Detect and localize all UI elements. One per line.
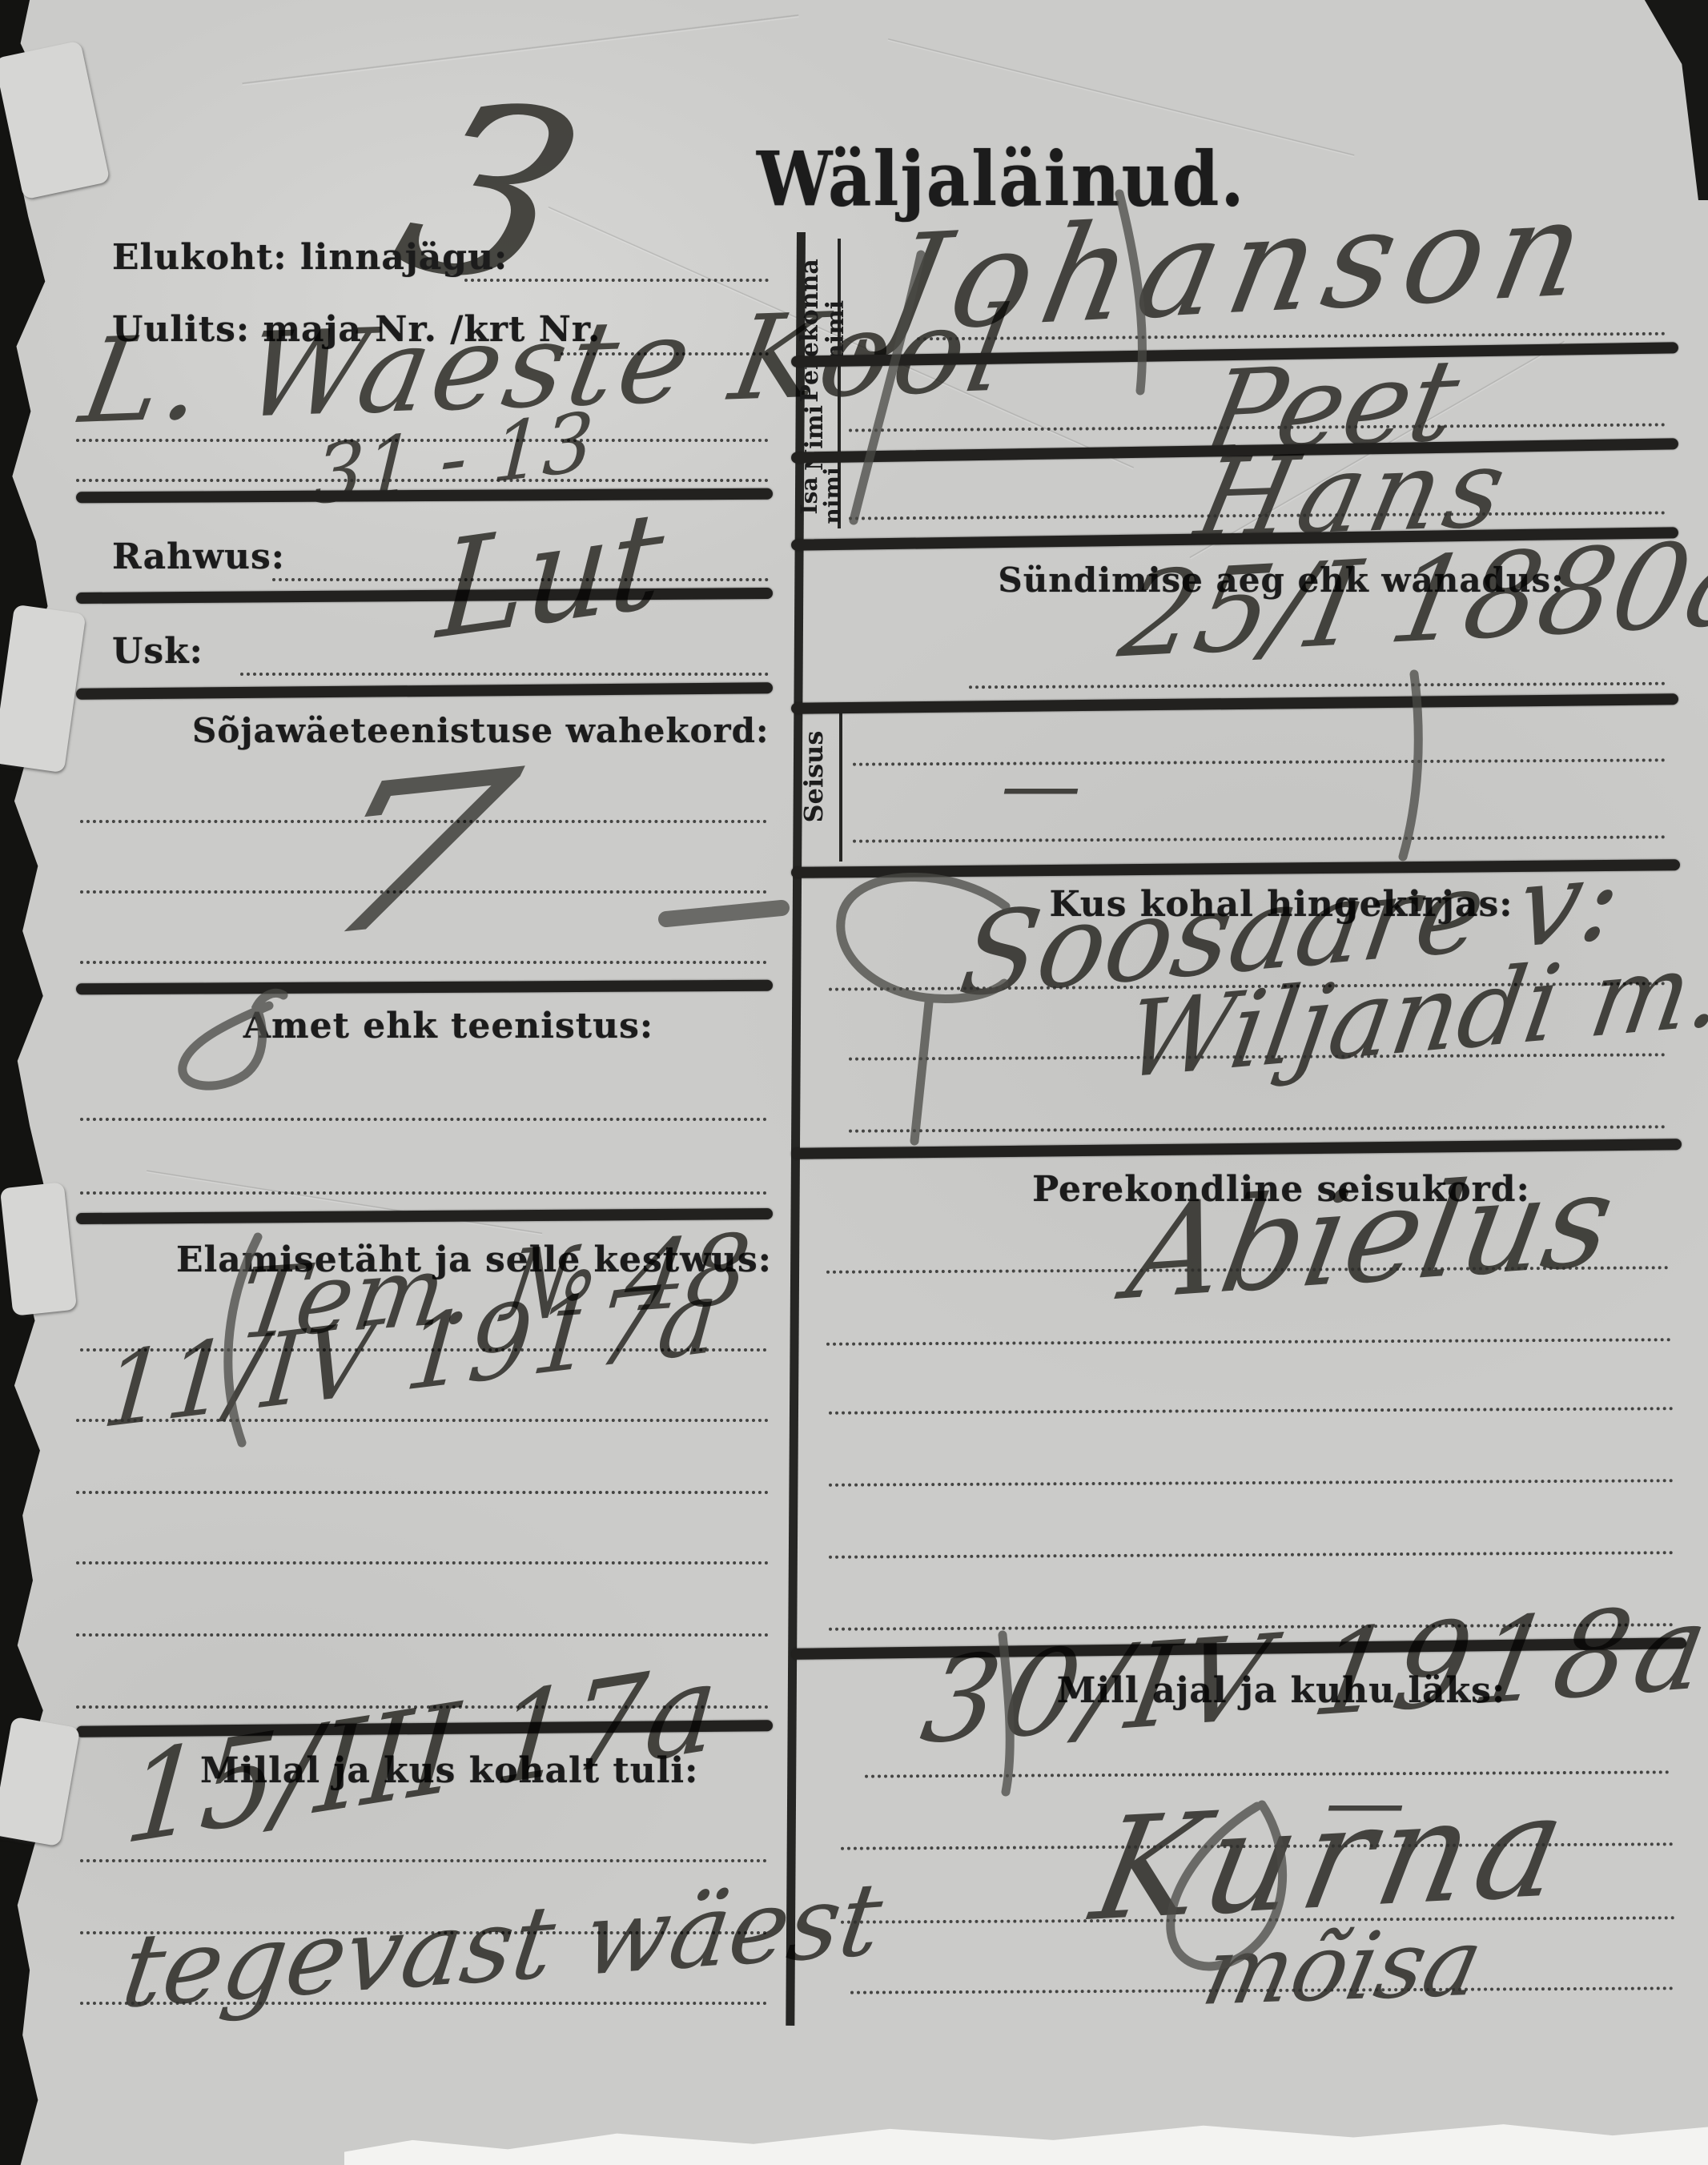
ruled-dotted-line — [969, 682, 1666, 689]
section-divider-bar — [76, 980, 773, 995]
field-label-amet: Amet ehk teenistus: — [192, 1006, 705, 1046]
torn-paper-flap — [0, 605, 86, 773]
field-label-seisus: Seisus — [801, 721, 833, 833]
handwritten-religion: Lut — [433, 481, 668, 669]
torn-paper-flap — [0, 1182, 77, 1315]
ruled-dotted-line — [826, 1338, 1671, 1346]
section-divider-bar — [76, 588, 773, 604]
handwritten-departure-date: 30/IV 1918a — [913, 1578, 1708, 1770]
dark-scan-corner — [1639, 0, 1708, 200]
ruled-dotted-line — [80, 1191, 767, 1195]
ruled-dotted-line — [853, 758, 1666, 765]
soosaare-descender — [914, 1002, 929, 1141]
handwritten-arrival-origin: tegevast wäest — [115, 1861, 889, 2031]
field-label-isa-nimi: Isa nimi — [798, 460, 842, 532]
handwritten-status-dash: — — [1001, 738, 1081, 832]
section-divider-bar — [791, 693, 1678, 714]
ruled-dotted-line — [76, 1491, 769, 1494]
label-line: nimi — [821, 460, 844, 532]
label-separator-rule — [839, 705, 842, 862]
ruled-dotted-line — [240, 673, 769, 676]
handwritten-arrival-date: 15/III 17a — [119, 1636, 723, 1873]
torn-paper-flap — [0, 1717, 80, 1847]
ruled-dotted-line — [76, 1633, 769, 1637]
ruled-dotted-line — [76, 1561, 769, 1565]
ruled-dotted-line — [80, 2002, 767, 2005]
ruled-dotted-line — [829, 1479, 1674, 1487]
scanned-form-page: 3 Wäljaläinud. Elukoht: linnajägu: Uulit… — [0, 0, 1708, 2165]
field-label-usk: Usk: — [112, 631, 203, 672]
handwritten-military-mark: 7 — [293, 725, 534, 984]
military-dash-stroke — [666, 908, 782, 919]
ruled-dotted-line — [829, 1551, 1674, 1559]
section-divider-bar — [76, 488, 773, 504]
ruled-dotted-line — [80, 1859, 767, 1862]
field-label-elukoht: Elukoht: linnajägu: — [112, 237, 508, 278]
ruled-dotted-line — [849, 1125, 1666, 1132]
label-line: Isa — [798, 460, 821, 532]
ruled-dotted-line — [829, 1407, 1674, 1415]
torn-bottom-edge — [344, 2099, 1708, 2165]
handwritten-departure-estate: mõisa — [1194, 1909, 1491, 2026]
section-divider-bar — [76, 682, 773, 700]
field-label-rahwus: Rahwus: — [112, 536, 285, 577]
paper-crease — [147, 1170, 542, 1235]
ruled-dotted-line — [464, 279, 769, 282]
ruled-dotted-line — [76, 1419, 769, 1422]
ruled-dotted-line — [80, 1118, 767, 1121]
